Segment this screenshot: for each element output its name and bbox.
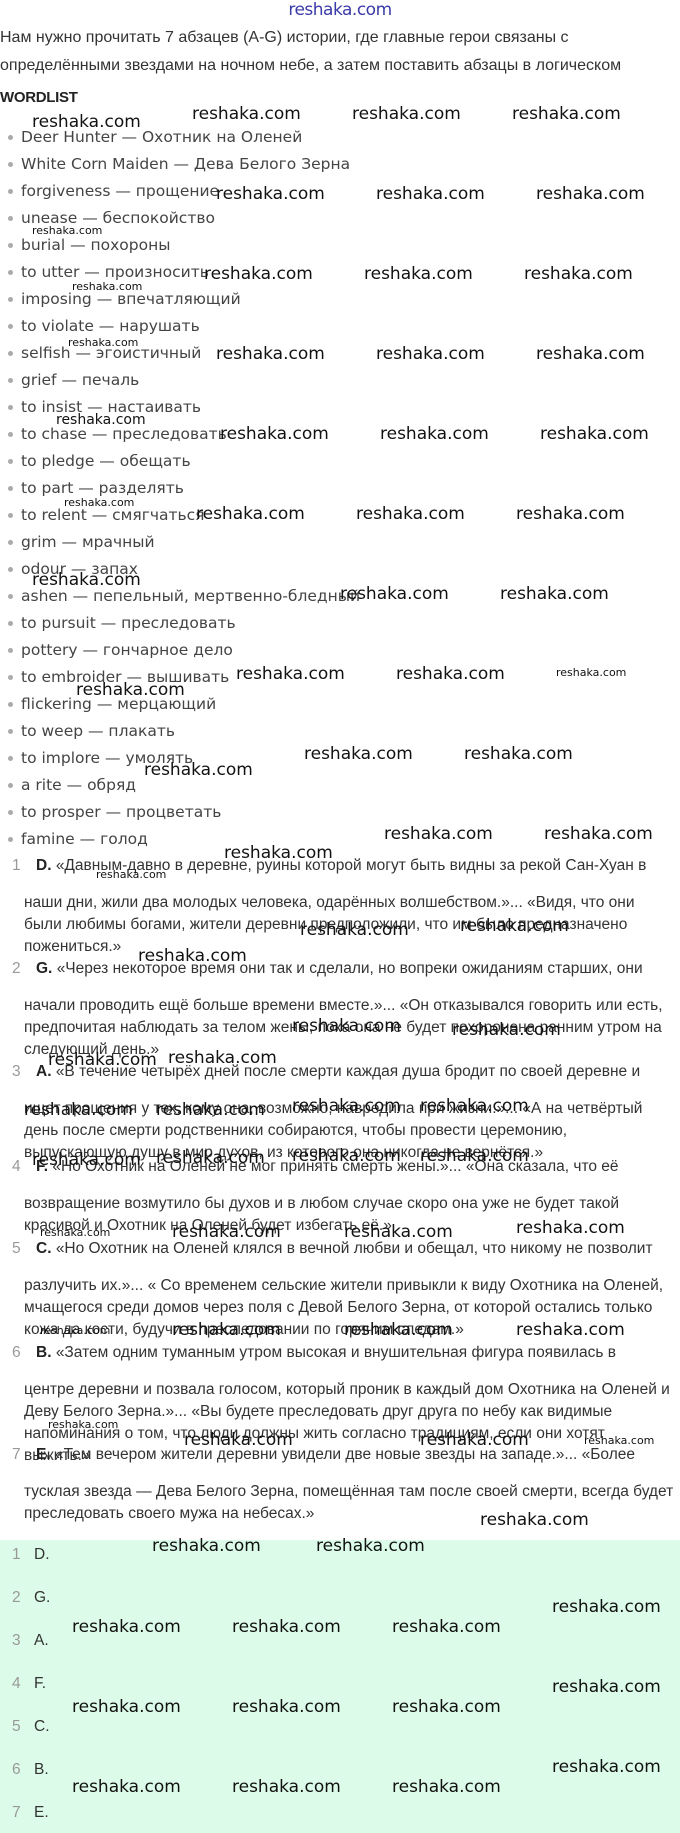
- summary-number: 2: [12, 1589, 21, 1607]
- site-watermark: reshaka.com: [300, 920, 409, 940]
- bullet-icon: [8, 702, 13, 707]
- summary-number: 7: [12, 1804, 21, 1822]
- bullet-icon: [8, 432, 13, 437]
- site-watermark: reshaka.com: [32, 1150, 141, 1170]
- site-watermark: reshaka.com: [32, 112, 141, 132]
- bullet-icon: [8, 378, 13, 383]
- site-watermark: reshaka.com: [552, 1677, 661, 1697]
- site-watermark: reshaka.com: [460, 916, 569, 936]
- paragraph-line1-text: «Тем вечером жители деревни увидели две …: [55, 1446, 635, 1463]
- wordlist-item-text: White Corn Maiden — Дева Белого Зерна: [21, 155, 350, 173]
- site-watermark: reshaka.com: [392, 1617, 501, 1637]
- bullet-icon: [8, 621, 13, 626]
- bullet-icon: [8, 540, 13, 545]
- site-watermark: reshaka.com: [540, 424, 649, 444]
- site-watermark: reshaka.com: [556, 666, 626, 679]
- summary-number: 1: [12, 1546, 21, 1564]
- wordlist-item-text: famine — голод: [21, 830, 148, 848]
- site-watermark: reshaka.com: [536, 184, 645, 204]
- site-watermark: reshaka.com: [204, 264, 313, 284]
- site-watermark: reshaka.com: [172, 1222, 281, 1242]
- wordlist-item: to violate — нарушать: [8, 313, 360, 340]
- summary-number: 6: [12, 1761, 21, 1779]
- bullet-icon: [8, 756, 13, 761]
- site-watermark: reshaka.com: [420, 1430, 529, 1450]
- wordlist-item-text: burial — похороны: [21, 236, 170, 254]
- summary-number: 4: [12, 1675, 21, 1693]
- site-watermark: reshaka.com: [480, 1510, 589, 1530]
- wordlist-item-text: grief — печаль: [21, 371, 139, 389]
- bullet-icon: [8, 648, 13, 653]
- site-watermark: reshaka.com: [152, 1536, 261, 1556]
- bullet-icon: [8, 837, 13, 842]
- wordlist-item-text: to utter — произносить: [21, 263, 209, 281]
- bullet-icon: [8, 297, 13, 302]
- site-watermark: reshaka.com: [516, 504, 625, 524]
- bullet-icon: [8, 243, 13, 248]
- site-watermark: reshaka.com: [48, 1418, 118, 1431]
- paragraph-number: 7: [12, 1446, 21, 1464]
- site-watermark: reshaka.com: [396, 664, 505, 684]
- site-watermark: reshaka.com: [196, 504, 305, 524]
- site-watermark: reshaka.com: [420, 1146, 529, 1166]
- bullet-icon: [8, 459, 13, 464]
- bullet-icon: [8, 729, 13, 734]
- paragraph-number: 3: [12, 1063, 21, 1081]
- summary-number: 5: [12, 1718, 21, 1736]
- site-watermark: reshaka.com: [356, 504, 465, 524]
- site-watermark: reshaka.com: [220, 424, 329, 444]
- paragraph-letter: D.: [36, 857, 52, 874]
- wordlist-item: to pursuit — преследовать: [8, 610, 360, 637]
- paragraph-number: 1: [12, 857, 21, 875]
- site-watermark: reshaka.com: [32, 224, 102, 237]
- wordlist-item: to prosper — процветать: [8, 799, 360, 826]
- task-intro: Нам нужно прочитать 7 абзацев (A-G) исто…: [0, 24, 678, 86]
- summary-letter: B.: [34, 1761, 49, 1779]
- paragraph-letter: E.: [36, 1446, 51, 1463]
- site-watermark: reshaka.com: [72, 1617, 181, 1637]
- site-watermark: reshaka.com: [40, 1324, 110, 1337]
- paragraph-first-line: E. «Тем вечером жители деревни увидели д…: [36, 1446, 635, 1464]
- site-watermark: reshaka.com: [376, 344, 485, 364]
- site-watermark: reshaka.com: [380, 424, 489, 444]
- site-watermark: reshaka.com: [516, 1320, 625, 1340]
- wordlist-item: to part — разделять: [8, 475, 360, 502]
- summary-letter: F.: [34, 1675, 46, 1693]
- wordlist-item-text: to pursuit — преследовать: [21, 614, 236, 632]
- site-watermark: reshaka.com: [304, 744, 413, 764]
- wordlist-item-text: pottery — гончарное дело: [21, 641, 233, 659]
- wordlist-item-text: to prosper — процветать: [21, 803, 221, 821]
- bullet-icon: [8, 405, 13, 410]
- site-watermark: reshaka.com: [392, 1777, 501, 1797]
- wordlist-item: to weep — плакать: [8, 718, 360, 745]
- site-watermark: reshaka.com: [96, 868, 166, 881]
- site-watermark: reshaka.com: [216, 344, 325, 364]
- site-watermark: reshaka.com: [156, 1148, 265, 1168]
- site-watermark: reshaka.com: [72, 280, 142, 293]
- site-watermark: reshaka.com: [516, 1218, 625, 1238]
- site-watermark: reshaka.com: [232, 1777, 341, 1797]
- site-watermark: reshaka.com: [420, 1096, 529, 1116]
- site-watermark: reshaka.com: [232, 1697, 341, 1717]
- site-watermark: reshaka.com: [292, 1096, 401, 1116]
- paragraph-number: 4: [12, 1158, 21, 1176]
- site-watermark: reshaka.com: [512, 104, 621, 124]
- site-watermark: reshaka.com: [232, 1617, 341, 1637]
- site-watermark: reshaka.com: [32, 570, 141, 590]
- paragraph-number: 5: [12, 1240, 21, 1258]
- site-watermark: reshaka.com: [184, 1430, 293, 1450]
- bullet-icon: [8, 810, 13, 815]
- paragraph-number: 6: [12, 1344, 21, 1362]
- wordlist-item-text: grim — мрачный: [21, 533, 155, 551]
- paragraph-letter: G.: [36, 960, 52, 977]
- bullet-icon: [8, 675, 13, 680]
- site-watermark: reshaka.com: [40, 1226, 110, 1239]
- site-watermark: reshaka.com: [76, 680, 185, 700]
- wordlist-item-text: a rite — обряд: [21, 776, 136, 794]
- wordlist-item: pottery — гончарное дело: [8, 637, 360, 664]
- site-watermark: reshaka.com: [72, 1777, 181, 1797]
- paragraph-first-line: C. «Но Охотник на Оленей клялся в вечной…: [36, 1240, 653, 1258]
- paragraph-line1-text: «Затем одним туманным утром высокая и вн…: [56, 1344, 616, 1361]
- site-watermark: reshaka.com: [584, 1434, 654, 1447]
- site-watermark: reshaka.com: [552, 1757, 661, 1777]
- wordlist-item-text: to part — разделять: [21, 479, 184, 497]
- site-watermark: reshaka.com: [68, 336, 138, 349]
- site-watermark: reshaka.com: [384, 824, 493, 844]
- site-watermark: reshaka.com: [376, 184, 485, 204]
- paragraph-first-line: G. «Через некоторое время они так и сдел…: [36, 960, 643, 978]
- site-watermark: reshaka.com: [24, 1100, 133, 1120]
- site-watermark: reshaka.com: [544, 824, 653, 844]
- paragraph-number: 2: [12, 960, 21, 978]
- bullet-icon: [8, 135, 13, 140]
- wordlist-item-text: forgiveness — прощение: [21, 182, 219, 200]
- site-watermark-header: reshaka.com: [0, 0, 680, 20]
- site-watermark: reshaka.com: [216, 184, 325, 204]
- site-watermark: reshaka.com: [464, 744, 573, 764]
- bullet-icon: [8, 486, 13, 491]
- site-watermark: reshaka.com: [500, 584, 609, 604]
- site-watermark: reshaka.com: [138, 946, 247, 966]
- paragraph-line1-text: «Но Охотник на Оленей клялся в вечной лю…: [56, 1240, 653, 1257]
- bullet-icon: [8, 351, 13, 356]
- wordlist-item-text: to pledge — обещать: [21, 452, 191, 470]
- site-watermark: reshaka.com: [524, 264, 633, 284]
- wordlist-item: grim — мрачный: [8, 529, 360, 556]
- summary-letter: D.: [34, 1546, 50, 1564]
- wordlist-item-text: to violate — нарушать: [21, 317, 200, 335]
- paragraph-letter: C.: [36, 1240, 52, 1257]
- bullet-icon: [8, 513, 13, 518]
- site-watermark: reshaka.com: [552, 1597, 661, 1617]
- summary-letter: C.: [34, 1718, 50, 1736]
- site-watermark: reshaka.com: [340, 584, 449, 604]
- bullet-icon: [8, 162, 13, 167]
- bullet-icon: [8, 594, 13, 599]
- bullet-icon: [8, 783, 13, 788]
- bullet-icon: [8, 189, 13, 194]
- site-watermark: reshaka.com: [292, 1146, 401, 1166]
- site-watermark: reshaka.com: [156, 1100, 265, 1120]
- site-watermark: reshaka.com: [292, 1016, 401, 1036]
- site-watermark: reshaka.com: [64, 496, 134, 509]
- site-watermark: reshaka.com: [364, 264, 473, 284]
- summary-letter: E.: [34, 1804, 49, 1822]
- wordlist-item: White Corn Maiden — Дева Белого Зерна: [8, 151, 360, 178]
- site-watermark: reshaka.com: [236, 664, 345, 684]
- site-watermark: reshaka.com: [536, 344, 645, 364]
- site-watermark: reshaka.com: [56, 412, 146, 428]
- site-watermark: reshaka.com: [344, 1320, 453, 1340]
- site-watermark: reshaka.com: [48, 1050, 157, 1070]
- bullet-icon: [8, 216, 13, 221]
- site-watermark: reshaka.com: [392, 1697, 501, 1717]
- wordlist-item: imposing — впечатляющий: [8, 286, 360, 313]
- site-watermark: reshaka.com: [224, 843, 333, 863]
- bullet-icon: [8, 270, 13, 275]
- bullet-icon: [8, 567, 13, 572]
- wordlist-item-text: to weep — плакать: [21, 722, 175, 740]
- site-watermark: reshaka.com: [72, 1697, 181, 1717]
- site-watermark: reshaka.com: [168, 1048, 277, 1068]
- paragraph-letter: B.: [36, 1344, 52, 1361]
- site-watermark: reshaka.com: [144, 760, 253, 780]
- wordlist-title: WORDLIST: [0, 89, 78, 106]
- site-watermark: reshaka.com: [452, 1020, 561, 1040]
- summary-number: 3: [12, 1632, 21, 1650]
- paragraph-first-line: B. «Затем одним туманным утром высокая и…: [36, 1344, 616, 1362]
- summary-letter: G.: [34, 1589, 50, 1607]
- site-watermark: reshaka.com: [172, 1320, 281, 1340]
- site-watermark: reshaka.com: [316, 1536, 425, 1556]
- wordlist-item: to pledge — обещать: [8, 448, 360, 475]
- site-watermark: reshaka.com: [352, 104, 461, 124]
- bullet-icon: [8, 324, 13, 329]
- site-watermark: reshaka.com: [344, 1222, 453, 1242]
- wordlist-item: to relent — смягчаться: [8, 502, 360, 529]
- summary-letter: A.: [34, 1632, 49, 1650]
- site-watermark: reshaka.com: [192, 104, 301, 124]
- wordlist-item: grief — печаль: [8, 367, 360, 394]
